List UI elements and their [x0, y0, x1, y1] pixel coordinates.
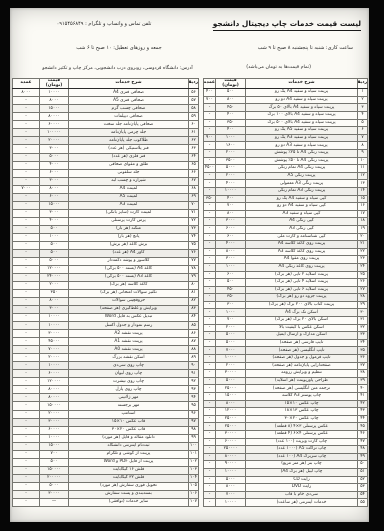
cell-desc: کاور A4 (هر عدد)	[69, 249, 189, 257]
cell-price: ۳۵۰	[40, 290, 69, 298]
cell-no: ۷۶	[189, 249, 199, 257]
table-row: ۱۵کپی سیاه و سفید A4 یک رو۴۰۰۳۵۰	[204, 195, 368, 203]
cell-extra: -	[13, 474, 40, 482]
cell-price: ۲۵۰۰۰	[216, 415, 246, 423]
cell-price: ۱۲۰۰۰۰	[40, 265, 69, 273]
cell-desc: ثبت‌نام اینترنتی دانشگاه	[69, 442, 189, 450]
cell-desc: اسکن تک برگ A4	[246, 309, 358, 317]
cell-price: ۷۰۰	[216, 317, 246, 325]
cell-price: ۶۰۰	[216, 271, 246, 279]
cell-extra: -	[13, 490, 40, 498]
cell-desc: پرینت سیاه و سفید A4 بالای ۱۰۰ برگ	[246, 112, 358, 120]
cell-extra: -	[204, 225, 216, 233]
cell-extra: -	[13, 378, 40, 386]
cell-desc: لمینت کارت (سایز بانکی)	[69, 209, 189, 217]
table-row: ۵۸صحافی چسب گرم۱۵۰۰۰-	[13, 105, 199, 113]
table-row: ۴۸چاپ تراکت A5 (۱۰۰۰ عدد)۲۵۰۰۰۰-	[204, 446, 368, 454]
cell-no: ۸۷	[189, 338, 199, 346]
cell-no: ۴۶	[358, 430, 368, 438]
cell-extra: ۷۰۰	[204, 96, 216, 104]
table-row: ۶۷شیرازه و چسب لبه۳۰۰۰-	[13, 177, 199, 185]
cell-extra: -	[13, 450, 40, 458]
cell-desc: تحویل فوری سفارش (هر مورد)	[69, 482, 189, 490]
cell-extra: -	[204, 119, 216, 127]
cell-price: ۷۰۰	[40, 450, 69, 458]
cell-price: ۱۰۰۰۰	[40, 434, 69, 442]
cell-price: ۲۰۰۰۰	[40, 137, 69, 145]
cell-price: ۱۰۰۰۰	[216, 499, 246, 507]
cell-desc: تکثیر سوالات امتحانی (هر برگ)	[69, 290, 189, 298]
cell-desc: پرینت اسلاید ۲ تایی (هر برگ)	[246, 271, 358, 279]
table-row: ۸۸پرینت نقشه A0۷۰۰۰۰-	[13, 346, 199, 354]
cell-extra: -	[204, 476, 216, 484]
cell-no: ۹۹	[189, 434, 199, 442]
cell-desc: اسکن نقشه بزرگ	[69, 354, 189, 362]
cell-price: ۲۰۰۰	[216, 172, 246, 180]
table-row: ۲۳پرینت روی مقوا A4۳۰۰۰-	[204, 256, 368, 264]
table-row: ۶۰صحافی پایان‌نامه جلد سخت۶۰۰۰۰-	[13, 121, 199, 129]
table-row: ۳۹طراحی پاورپوینت (هر اسلاید)۵۰۰۰-	[204, 377, 368, 385]
table-row: ۸۷پرینت نقشه A1۴۵۰۰۰-	[13, 338, 199, 346]
cell-desc: لمینت A4	[69, 185, 189, 193]
price-list-sheet: لیست قیمت خدمات چاپ دیجیتال دانشجو تلفن …	[10, 8, 369, 522]
cell-price: ۳۰۰۰۰	[40, 330, 69, 338]
cell-desc: فلش ۳۲ گیگابایت	[69, 474, 189, 482]
table-row: ۳۰اسکن تک برگ A4۱۰۰۰-	[204, 309, 368, 317]
cell-price: ۳۰۰۰۰	[216, 370, 246, 378]
cell-desc: رسم نمودار و جدول اکسل	[69, 322, 189, 330]
table-row: ۲۶پرینت اسلاید ۴ تایی (هر برگ)۵۰۰-	[204, 279, 368, 287]
cell-extra: ۴۵۰۰	[204, 165, 216, 173]
cell-desc: چاپ پوستر A3 گلاسه	[246, 393, 358, 401]
cell-no: ۶۰	[189, 121, 199, 129]
cell-price: ۴۵۰	[216, 104, 246, 112]
table-row: ۲پرینت سیاه و سفید A4 دو رو۸۰۰۷۰۰	[204, 96, 368, 104]
cell-extra: -	[13, 290, 40, 298]
cell-extra: -	[204, 233, 216, 241]
cell-desc: لمینت A3	[69, 201, 189, 209]
cell-extra: -	[13, 193, 40, 201]
table-row: ۱۰۳فلش ۱۶ گیگابایت۱۵۰۰۰۰-	[13, 466, 199, 474]
table-row: ۱۱پرینت رنگی A4 تمام رنگی۵۰۰۰۴۵۰۰	[204, 165, 368, 173]
table-row: ۹پرینت رنگی A4 تا ۲۵٪ پوشش۲۰۰۰-	[204, 150, 368, 158]
table-row: ۲۷پرینت اسلاید ۶ تایی (هر برگ)۴۵۰-	[204, 286, 368, 294]
table-row: ۸۶پرینت نقشه A2۳۰۰۰۰-	[13, 330, 199, 338]
cell-extra: -	[204, 218, 216, 226]
cell-extra: -	[204, 112, 216, 120]
cell-extra: -	[13, 426, 40, 434]
table-row: ۸پرینت سیاه و سفید A3 دو رو۱۶۰۰-	[204, 142, 368, 150]
table-row: ۹۴مهر ژلاتینی۸۰۰۰۰-	[13, 394, 199, 402]
cell-desc: صفحه‌آرایی پایان‌نامه (هر صفحه)	[246, 362, 358, 370]
cell-desc: کپی سیاه و سفید A4 دو رو	[246, 203, 358, 211]
price-unit-note: (تمام قیمت‌ها به تومان می‌باشد)	[246, 65, 311, 70]
cell-price: ۵۰۰۰	[216, 165, 246, 173]
table-row: ۱۳پرینت رنگی A3 معمولی۴۰۰۰-	[204, 180, 368, 188]
table-row: ۵۶صحافی فنری A4۱۰۰۰۰۸۰۰۰	[13, 89, 199, 97]
cell-extra: -	[13, 145, 40, 153]
cell-price: ۱۰۰۰	[216, 263, 246, 271]
cell-price: ۷۰۰	[216, 203, 246, 211]
cell-desc: پرینت رنگی A3 معمولی	[246, 180, 358, 188]
cell-desc: اسکن مدارک و ارسال ایمیل	[246, 332, 358, 340]
cell-no: ۹۴	[189, 394, 199, 402]
table-row: ۶پرینت سیاه و سفید A5 یک رو۴۰۰-	[204, 127, 368, 135]
table-row: ۳۱اسکن بالای ۲۰ برگ (هر برگ)۷۰۰-	[204, 317, 368, 325]
cell-extra: -	[204, 210, 216, 218]
cell-price: ۳۰۰۰	[40, 145, 69, 153]
cell-desc: استامپ	[69, 410, 189, 418]
table-row: ۶۳فنر پلاستیکی (هر عدد)۳۰۰۰-	[13, 145, 199, 153]
table-row: ۱۰۱پرینت از گوشی و تلگرام۷۰۰-	[13, 450, 199, 458]
cell-price: ۸۰۰	[216, 96, 246, 104]
cell-extra: -	[13, 394, 40, 402]
cell-no: ۹۷	[189, 418, 199, 426]
table-row: ۱۷کپی سیاه و سفید A3۸۰۰-	[204, 210, 368, 218]
cell-desc: کلاسور و پوشه دکمه‌دار	[69, 257, 189, 265]
cell-price: ۱۰۰۰۰	[40, 314, 69, 322]
cell-desc: مهر ژلاتینی	[69, 394, 189, 402]
cell-extra: -	[13, 322, 40, 330]
cell-desc: پرینت از فایل PDF و Word	[69, 458, 189, 466]
cell-no: ۵۱	[358, 468, 368, 476]
cell-desc: مهر برجسته	[69, 402, 189, 410]
cell-price: ۴۰۰	[216, 112, 246, 120]
table-row: ۷۹کاغذ A3 (بسته ۵۰۰ برگی)۲۴۰۰۰۰-	[13, 273, 199, 281]
cell-extra: -	[204, 180, 216, 188]
cell-no: ۳۲	[358, 324, 368, 332]
cell-no: ۷۵	[189, 241, 199, 249]
cell-price: ۱۲۰۰۰	[216, 408, 246, 416]
cell-extra: -	[13, 410, 40, 418]
cell-price: ۷۰۰۰	[216, 347, 246, 355]
cell-extra: -	[13, 466, 40, 474]
cell-extra: -	[13, 201, 40, 209]
table-row: ۳۴تایپ فارسی (هر صفحه)۵۰۰۰-	[204, 339, 368, 347]
cell-price: ۵۰۰	[40, 241, 69, 249]
cell-desc: خدمات اینترنتی (هر ساعت)	[246, 499, 358, 507]
table-row: ۴۶عکس پرسنلی ۴×۶ (۴ قطعه)۳۰۰۰۰-	[204, 430, 368, 438]
table-row: ۹۸قاب عکس ۲۰×۳۰۶۰۰۰۰-	[13, 426, 199, 434]
cell-price: ۷۰۰۰۰	[40, 346, 69, 354]
cell-extra: -	[13, 402, 40, 410]
cell-extra: -	[204, 241, 216, 249]
cell-extra: -	[204, 347, 216, 355]
cell-price: ۱۰۰۰۰	[40, 362, 69, 370]
table-row: ۵۰چاپ بنر (هر متر مربع)۹۰۰۰۰-	[204, 461, 368, 469]
cell-no: ۶۳	[189, 145, 199, 153]
cell-extra: -	[204, 187, 216, 195]
cell-desc: چاپ روی پازل	[69, 386, 189, 394]
cell-desc: صحافی چسب گرم	[69, 105, 189, 113]
table-row: ۴۷چاپ کارت ویزیت (۱۰۰ عدد)۶۰۰۰۰-	[204, 438, 368, 446]
table-row: ۷۷کلاسور و پوشه دکمه‌دار۵۰۰۰-	[13, 257, 199, 265]
cell-price: ۵۰۰	[40, 249, 69, 257]
cell-extra: -	[13, 257, 40, 265]
cell-price: ۵۰۰۰	[216, 332, 246, 340]
cell-price: ۸۰۰۰	[216, 248, 246, 256]
cell-price: ۴۰۰۰	[40, 217, 69, 225]
cell-price: ۵۰۰۰	[216, 339, 246, 347]
cell-desc: حروفچینی سوالات	[69, 298, 189, 306]
cell-no: ۳۹	[358, 377, 368, 385]
cell-desc: کاغذ A3 (بسته ۵۰۰ برگی)	[69, 273, 189, 281]
cell-desc: پرینت رنگی A4 تمام رنگی	[246, 165, 358, 173]
table-row: ۸۳ویرایش و غلط‌گیری (هر صفحه)۳۰۰۰-	[13, 306, 199, 314]
cell-no: ۶۵	[189, 161, 199, 169]
cell-desc: صحافی فنری A4	[69, 89, 189, 97]
contact-line: تلفن تماس و واتساپ و تلگرام : ۰۹۱۵۴۵۶۸۴۹	[24, 21, 184, 27]
cell-price: ۱۰۰۰	[216, 309, 246, 317]
cell-price: ۳۰۰۰	[40, 177, 69, 185]
cell-price: ۴۰۰۰	[216, 241, 246, 249]
cell-no: ۵۰	[358, 461, 368, 469]
cell-desc: چاپ روی تیشرت	[69, 378, 189, 386]
cell-no: ۴۲	[358, 400, 368, 408]
table-row: ۱۰۷سایر خدمات (توافقی)—-	[13, 498, 199, 506]
cell-desc: چاپ سربرگ A4 (۱۰۰ عدد)	[246, 453, 358, 461]
cell-desc: ترجمه متن انگلیسی (هر صفحه)	[246, 385, 358, 393]
cell-no: ۸۱	[189, 290, 199, 298]
cell-price: ۴۰۰	[216, 195, 246, 203]
cell-no: ۷۴	[189, 233, 199, 241]
cell-price: ۲۰۰۰۰	[40, 410, 69, 418]
cell-no: ۵۴	[358, 491, 368, 499]
cell-price: ۳۰۰۰۰	[216, 430, 246, 438]
cell-extra: -	[204, 355, 216, 363]
table-row: ۴۳چاپ عکس ۱۳×۱۸۱۲۰۰۰-	[204, 408, 368, 416]
cell-extra: -	[13, 434, 40, 442]
cell-desc: پرینت رنگی A3 تمام رنگی	[246, 187, 358, 195]
cell-price: ۶۰۰۰۰	[40, 370, 69, 378]
cell-no: ۶۱	[189, 129, 199, 137]
col-header-wholesale: عمده	[13, 79, 40, 89]
cell-desc: کپی سیاه و سفید A4 یک رو	[246, 195, 358, 203]
cell-no: ۷	[358, 134, 368, 142]
cell-desc: چاپ روی لیوان	[69, 370, 189, 378]
cell-price: ۲۰۰۰	[216, 324, 246, 332]
cell-desc: عکس پرسنلی ۴×۶ (۴ قطعه)	[246, 430, 358, 438]
cell-price: ۴۰۰۰	[216, 180, 246, 188]
cell-extra: -	[13, 482, 40, 490]
cell-extra: ۳۵۰	[204, 195, 216, 203]
cell-extra: -	[204, 423, 216, 431]
cell-desc: پرینت سیاه و سفید A4 دو رو	[246, 96, 358, 104]
table-row: ۳پرینت سیاه و سفید A4 بالای ۵۰ برگ۴۵۰-	[204, 104, 368, 112]
cell-price: ۳۰۰۰	[216, 218, 246, 226]
cell-desc: پرینت روی کاغذ رنگی A4	[246, 263, 358, 271]
cell-extra: -	[204, 370, 216, 378]
cell-price: ۳۰۰۰	[216, 256, 246, 264]
cell-extra: -	[13, 346, 40, 354]
table-header-row: ردیف شرح خدمات قیمت (تومان) عمده	[13, 79, 199, 89]
cell-extra: -	[13, 241, 40, 249]
cell-price: ۸۰۰۰۰	[216, 453, 246, 461]
table-row: ۸۹اسکن نقشه بزرگ۲۰۰۰۰-	[13, 354, 199, 362]
working-hours-line: ساعت کاری: شنبه تا پنجشنبه ۸ صبح تا ۹ شب	[258, 45, 353, 51]
cell-extra: -	[204, 446, 216, 454]
cell-extra: -	[13, 169, 40, 177]
cell-extra: -	[204, 104, 216, 112]
cell-desc: پرینت رنگی A4 تا ۵۰٪ پوشش	[246, 157, 358, 165]
table-row: ۹۷قاب عکس ۱۰×۱۵۳۰۰۰۰-	[13, 418, 199, 426]
cell-desc: صحافی فنری A5	[69, 97, 189, 105]
cell-desc: شیرازه و چسب لبه	[69, 177, 189, 185]
col-header-description: شرح خدمات	[69, 79, 189, 89]
cell-price: ۶۰۰۰۰	[40, 121, 69, 129]
cell-price: ۷۰۰۰	[216, 491, 246, 499]
cell-price: ۳۰۰۰	[40, 209, 69, 217]
table-row: ۳۲اسکن عکس با کیفیت بالا۲۰۰۰-	[204, 324, 368, 332]
cell-extra: -	[204, 317, 216, 325]
cell-price: ۲۴۰۰۰۰	[40, 273, 69, 281]
cell-desc: اسکن عکس با کیفیت بالا	[246, 324, 358, 332]
cell-desc: پرینت اسلاید ۶ تایی (هر برگ)	[246, 286, 358, 294]
cell-extra: -	[204, 279, 216, 287]
cell-no: ۱۰۳	[189, 466, 199, 474]
cell-price: ۳۰۰۰۰	[40, 418, 69, 426]
table-row: ۴پرینت سیاه و سفید A4 بالای ۱۰۰ برگ۴۰۰-	[204, 112, 368, 120]
cell-no: ۱۱	[358, 165, 368, 173]
cell-no: ۲	[358, 96, 368, 104]
table-row: ۸۱تکثیر سوالات امتحانی (هر برگ)۳۵۰-	[13, 290, 199, 298]
cell-price: ۱۶۰۰	[216, 142, 246, 150]
cell-desc: جلد سلفونی	[69, 169, 189, 177]
table-row: ۴۹چاپ سربرگ A4 (۱۰۰ عدد)۸۰۰۰۰-	[204, 453, 368, 461]
cell-no: ۱۰	[358, 157, 368, 165]
table-row: ۶۸لمینت A4۸۰۰۰۷۰۰۰	[13, 185, 199, 193]
cell-no: ۲۱	[358, 241, 368, 249]
cell-price: ۱۵۰۰۰۰	[40, 402, 69, 410]
cell-desc: پرینت رنگی A5	[246, 172, 358, 180]
cell-no: ۲۹	[358, 301, 368, 309]
cell-no: ۹۲	[189, 378, 199, 386]
cell-desc: پرینت سیاه و سفید A3 دو رو	[246, 142, 358, 150]
table-row: ۶۹لمینت A5۶۰۰۰-	[13, 193, 199, 201]
cell-desc: چاپ عکس ۲۰×۳۰	[246, 415, 358, 423]
table-row: ۳۵تایپ انگلیسی (هر صفحه)۷۰۰۰-	[204, 347, 368, 355]
cell-extra: -	[204, 461, 216, 469]
cell-no: ۳۱	[358, 317, 368, 325]
cell-extra: -	[204, 309, 216, 317]
cell-no: ۸۸	[189, 346, 199, 354]
table-row: ۴۵عکس پرسنلی ۳×۴ (۸ قطعه)۲۵۰۰۰-	[204, 423, 368, 431]
table-row: ۷۱لمینت کارت (سایز بانکی)۳۰۰۰-	[13, 209, 199, 217]
cell-extra: -	[13, 458, 40, 466]
cell-no: ۲۰	[358, 233, 368, 241]
cell-extra: -	[204, 408, 216, 416]
cell-desc: فلش ۱۶ گیگابایت	[69, 466, 189, 474]
cell-no: ۶۸	[189, 185, 199, 193]
cell-price: ۸۰۰۰	[216, 484, 246, 492]
cell-price: ۸۰۰۰	[40, 97, 69, 105]
cell-price: ۱۰۰۰	[216, 134, 246, 142]
cell-desc: طلاکوب جلد پایان‌نامه	[69, 137, 189, 145]
cell-price: ۲۰۰۰۰	[40, 354, 69, 362]
cell-no: ۱۷	[358, 210, 368, 218]
table-row: ۷۸کاغذ A4 (بسته ۵۰۰ برگی)۱۲۰۰۰۰-	[13, 265, 199, 273]
cell-no: ۱۵	[358, 195, 368, 203]
cell-desc: قاب عکس ۱۰×۱۵	[69, 418, 189, 426]
cell-price: ۶۰۰	[216, 233, 246, 241]
cell-price: ۱۰۰۰۰۰	[40, 129, 69, 137]
cell-price: ۴۰۰۰	[40, 161, 69, 169]
cell-desc: چاپ روی سی‌دی	[69, 362, 189, 370]
cell-no: ۵۲	[358, 476, 368, 484]
cell-no: ۴۴	[358, 415, 368, 423]
cell-price: ۲۵۰۰۰	[216, 423, 246, 431]
table-row: ۷۵برش کاغذ (هر برش)۵۰۰-	[13, 241, 199, 249]
cell-desc: اسکن بالای ۲۰ برگ (هر برگ)	[246, 317, 358, 325]
cell-extra: -	[13, 217, 40, 225]
cell-extra: -	[13, 233, 40, 241]
price-table-right: ردیف شرح خدمات قیمت (تومان) عمده ۱پرینت …	[203, 78, 368, 507]
cell-desc: فنر پلاستیکی (هر عدد)	[69, 145, 189, 153]
table-row: ۹۳چاپ روی پازل۸۰۰۰۰-	[13, 386, 199, 394]
table-row: ۷۶کاور A4 (هر عدد)۵۰۰-	[13, 249, 199, 257]
table-row: ۳۸تنظیم و ویرایش رزومه۳۰۰۰۰-	[204, 370, 368, 378]
cell-price: ۲۰۰۰	[216, 150, 246, 158]
table-row: ۳۳اسکن مدارک و ارسال ایمیل۵۰۰۰-	[204, 332, 368, 340]
cell-desc: چاپ عکس ۱۰×۱۵	[246, 400, 358, 408]
cell-no: ۳۵	[358, 347, 368, 355]
cell-no: ۳۷	[358, 362, 368, 370]
cell-price: ۵۰۰۰	[216, 377, 246, 385]
cell-extra: -	[204, 127, 216, 135]
cell-no: ۳۴	[358, 339, 368, 347]
cell-price: ۸۰۰۰	[40, 298, 69, 306]
cell-no: ۱۳	[358, 180, 368, 188]
cell-desc: بسته‌بندی و پست سفارش	[69, 490, 189, 498]
table-row: ۲۱پرینت روی کاغذ گلاسه A4۴۰۰۰-	[204, 241, 368, 249]
cell-no: ۴۷	[358, 438, 368, 446]
table-row: ۷۴پانچ (هر بار)۱۰۰۰-	[13, 233, 199, 241]
table-row: ۸۴تبدیل عکس به فایل Word۱۰۰۰۰-	[13, 314, 199, 322]
table-row: ۵۳رایت DVD۸۰۰۰-	[204, 484, 368, 492]
cell-no: ۵۹	[189, 113, 199, 121]
cell-price: ۵۰۰۰	[40, 482, 69, 490]
cell-no: ۱۰۱	[189, 450, 199, 458]
cell-price: ۵۰۰	[216, 89, 246, 97]
cell-extra: -	[204, 430, 216, 438]
cell-price: ۱۵۰۰۰۰	[40, 466, 69, 474]
cell-desc: سایر خدمات (توافقی)	[69, 498, 189, 506]
table-row: ۷۰لمینت A3۱۵۰۰۰-	[13, 201, 199, 209]
cell-price: ۲۵۰۰۰۰	[216, 446, 246, 454]
cell-price: ۵۰۰	[40, 458, 69, 466]
col-header-row-number: ردیف	[189, 79, 199, 89]
cell-no: ۴۳	[358, 408, 368, 416]
table-row: ۱۰۴فلش ۳۲ گیگابایت۲۰۰۰۰۰-	[13, 474, 199, 482]
table-row: ۱۹کپی رنگی A3۶۰۰۰-	[204, 225, 368, 233]
cell-desc: پرینت جزوه دو رو (هر برگ)	[246, 294, 358, 302]
table-row: ۱۰۰ثبت‌نام اینترنتی دانشگاه۱۵۰۰۰-	[13, 442, 199, 450]
cell-desc: پرینت سیاه و سفید A5 یک رو	[246, 127, 358, 135]
cell-price: ۲۰۰۰۰۰	[40, 474, 69, 482]
table-row: ۱۰۶بسته‌بندی و پست سفارش۳۰۰۰۰-	[13, 490, 199, 498]
cell-no: ۱۰۲	[189, 458, 199, 466]
cell-no: ۱۲	[358, 172, 368, 180]
col-header-row-number: ردیف	[358, 79, 368, 89]
cell-no: ۳۸	[358, 370, 368, 378]
cell-no: ۵۸	[189, 105, 199, 113]
table-row: ۹۶استامپ۲۰۰۰۰-	[13, 410, 199, 418]
cell-price: ۸۰۰۰	[40, 185, 69, 193]
cell-no: ۸۴	[189, 314, 199, 322]
table-row: ۸۵رسم نمودار و جدول اکسل۱۰۰۰۰-	[13, 322, 199, 330]
table-header-row: ردیف شرح خدمات قیمت (تومان) عمده	[204, 79, 368, 89]
cell-extra: -	[204, 142, 216, 150]
